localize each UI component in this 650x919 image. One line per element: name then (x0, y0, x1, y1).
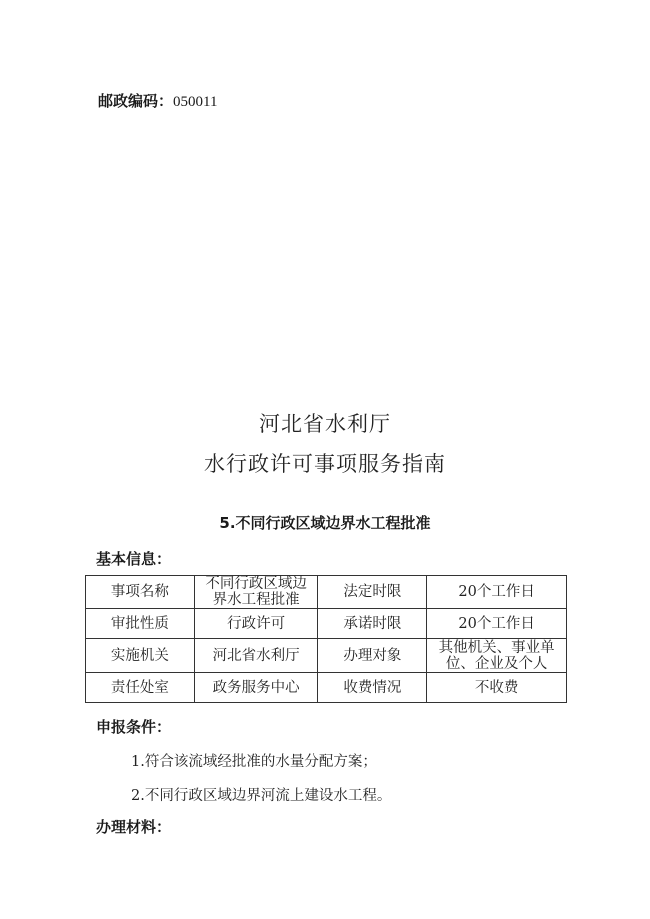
postal-code: 邮政编码：050011 (98, 90, 217, 111)
table-cell: 法定时限 (318, 576, 427, 609)
table-cell: 实施机关 (86, 639, 195, 673)
table-cell: 责任处室 (86, 673, 195, 703)
section-conditions: 申报条件： (96, 716, 171, 737)
table-row: 审批性质 行政许可 承诺时限 20个工作日 (86, 609, 567, 639)
item-title: 5.不同行政区域边界水工程批准 (0, 512, 650, 533)
condition-item: 2.不同行政区域边界河流上建设水工程。 (131, 784, 391, 805)
postal-code-value: 050011 (173, 94, 217, 110)
table-row: 实施机关 河北省水利厅 办理对象 其他机关、事业单位、企业及个人 (86, 639, 567, 673)
table-cell: 政务服务中心 (194, 673, 318, 703)
table-cell: 行政许可 (194, 609, 318, 639)
condition-item: 1.符合该流域经批准的水量分配方案； (131, 750, 377, 771)
org-title: 河北省水利厅 (0, 408, 650, 438)
table-cell: 河北省水利厅 (194, 639, 318, 673)
table-cell: 收费情况 (318, 673, 427, 703)
table-cell: 承诺时限 (318, 609, 427, 639)
table-cell: 20个工作日 (427, 576, 567, 609)
table-row: 事项名称 不同行政区域边界水工程批准 法定时限 20个工作日 (86, 576, 567, 609)
basic-info-table: 事项名称 不同行政区域边界水工程批准 法定时限 20个工作日 审批性质 行政许可… (85, 575, 567, 703)
table-cell: 事项名称 (86, 576, 195, 609)
guide-title: 水行政许可事项服务指南 (0, 448, 650, 478)
table-cell: 审批性质 (86, 609, 195, 639)
table-cell: 其他机关、事业单位、企业及个人 (427, 639, 567, 673)
table-row: 责任处室 政务服务中心 收费情况 不收费 (86, 673, 567, 703)
section-basic-info: 基本信息： (96, 548, 171, 569)
section-materials: 办理材料： (96, 816, 171, 837)
table-cell: 不同行政区域边界水工程批准 (194, 576, 318, 609)
postal-code-label: 邮政编码： (98, 92, 173, 110)
table-cell: 办理对象 (318, 639, 427, 673)
table-cell: 不收费 (427, 673, 567, 703)
table-cell: 20个工作日 (427, 609, 567, 639)
